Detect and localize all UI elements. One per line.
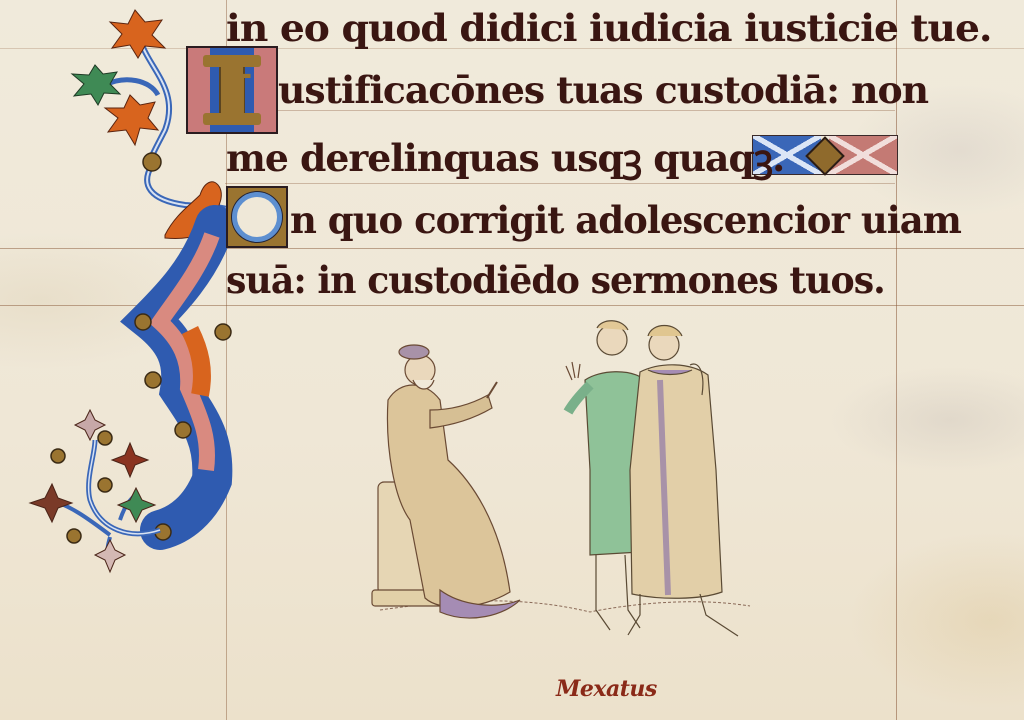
seated-teacher bbox=[372, 345, 520, 618]
caption-label: Mexatus bbox=[556, 676, 657, 702]
miniature-drawing bbox=[0, 0, 1024, 720]
young-man-ochre bbox=[628, 326, 738, 637]
